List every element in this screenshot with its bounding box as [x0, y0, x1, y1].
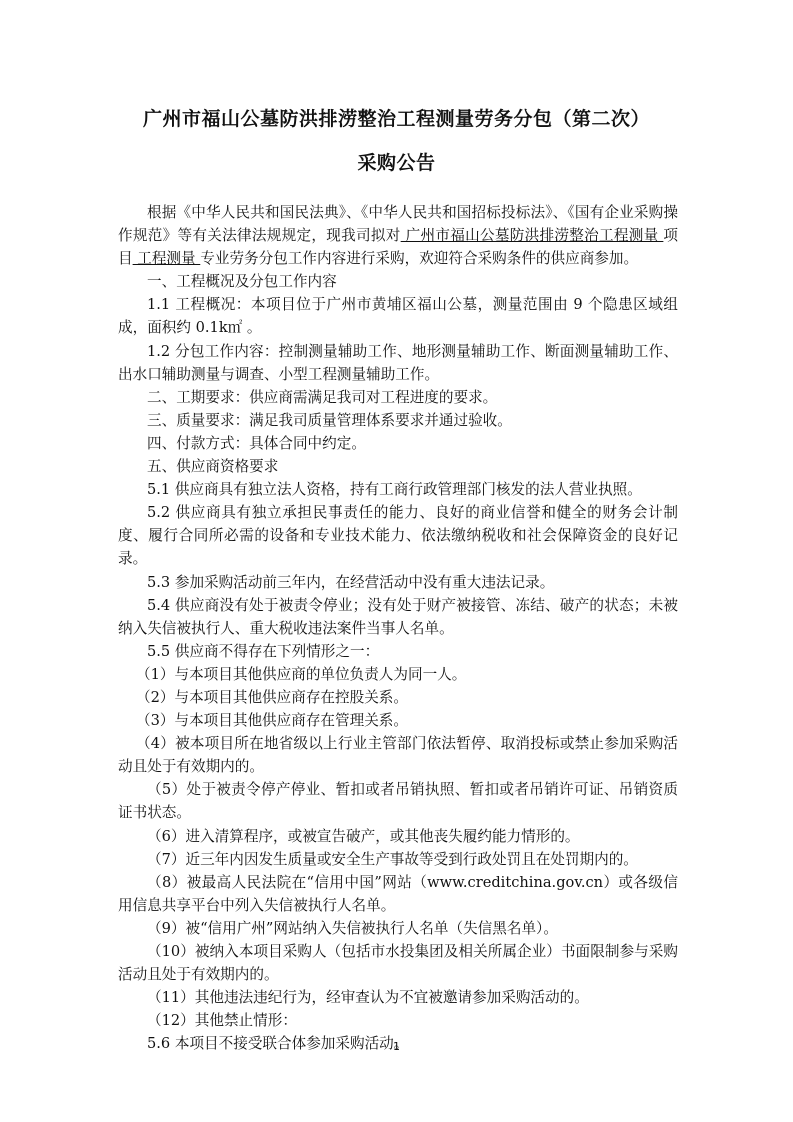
- paragraph-1-1: 1.1 工程概况：本项目位于广州市黄埔区福山公墓，测量范围由 9 个隐患区域组成…: [118, 293, 678, 339]
- section-heading-3: 三、质量要求：满足我司质量管理体系要求并通过验收。: [118, 409, 678, 432]
- list-item-4: （4）被本项目所在地省级以上行业主管部门依法暂停、取消投标或禁止参加采购活动且处…: [118, 732, 678, 778]
- list-item-12: （12）其他禁止情形：: [118, 1009, 678, 1032]
- paragraph-5-3: 5.3 参加采购活动前三年内，在经营活动中没有重大违法记录。: [118, 571, 678, 594]
- list-item-2: （2）与本项目其他供应商存在控股关系。: [118, 686, 678, 709]
- section-heading-4: 四、付款方式：具体合同中约定。: [118, 432, 678, 455]
- list-item-8: （8）被最高人民法院在“信用中国”网站（www.creditchina.gov.…: [118, 871, 678, 917]
- specialty-name: 工程测量: [133, 250, 201, 267]
- paragraph-5-1: 5.1 供应商具有独立法人资格，持有工商行政管理部门核发的法人营业执照。: [118, 478, 678, 501]
- intro-paragraph: 根据《中华人民共和国民法典》、《中华人民共和国招标投标法》、《国有企业采购操作规…: [118, 201, 678, 270]
- list-item-6: （6）进入清算程序，或被宣告破产，或其他丧失履约能力情形的。: [118, 825, 678, 848]
- list-item-5: （5）处于被责令停产停业、暂扣或者吊销执照、暂扣或者吊销许可证、吊销资质证书状态…: [118, 778, 678, 824]
- page-number: 1: [0, 1040, 793, 1053]
- intro-text-3: 专业劳务分包工作内容进行采购，欢迎符合采购条件的供应商参加。: [200, 250, 638, 267]
- section-heading-5: 五、供应商资格要求: [118, 455, 678, 478]
- paragraph-1-2: 1.2 分包工作内容：控制测量辅助工作、地形测量辅助工作、断面测量辅助工作、出水…: [118, 340, 678, 386]
- paragraph-5-5: 5.5 供应商不得存在下列情形之一：: [118, 640, 678, 663]
- document-body: 根据《中华人民共和国民法典》、《中华人民共和国招标投标法》、《国有企业采购操作规…: [118, 201, 678, 1055]
- list-item-7: （7）近三年内因发生质量或安全生产事故等受到行政处罚且在处罚期内的。: [118, 848, 678, 871]
- paragraph-5-4: 5.4 供应商没有处于被责令停业；没有处于财产被接管、冻结、破产的状态；未被纳入…: [118, 594, 678, 640]
- section-heading-1: 一、工程概况及分包工作内容: [118, 270, 678, 293]
- project-name: 广州市福山公墓防洪排涝整治工程测量: [401, 227, 664, 244]
- paragraph-5-2: 5.2 供应商具有独立承担民事责任的能力、良好的商业信誉和健全的财务会计制度、履…: [118, 501, 678, 570]
- document-subtitle: 采购公告: [0, 148, 793, 175]
- list-item-10: （10）被纳入本项目采购人（包括市水投集团及相关所属企业）书面限制参与采购活动且…: [118, 940, 678, 986]
- document-title: 广州市福山公墓防洪排涝整治工程测量劳务分包（第二次）: [0, 104, 793, 131]
- list-item-9: （9）被“信用广州”网站纳入失信被执行人名单（失信黑名单）。: [118, 917, 678, 940]
- section-heading-2: 二、工期要求：供应商需满足我司对工程进度的要求。: [118, 386, 678, 409]
- list-item-1: （1）与本项目其他供应商的单位负责人为同一人。: [118, 663, 678, 686]
- list-item-11: （11）其他违法违纪行为，经审查认为不宜被邀请参加采购活动的。: [118, 986, 678, 1009]
- list-item-3: （3）与本项目其他供应商存在管理关系。: [118, 709, 678, 732]
